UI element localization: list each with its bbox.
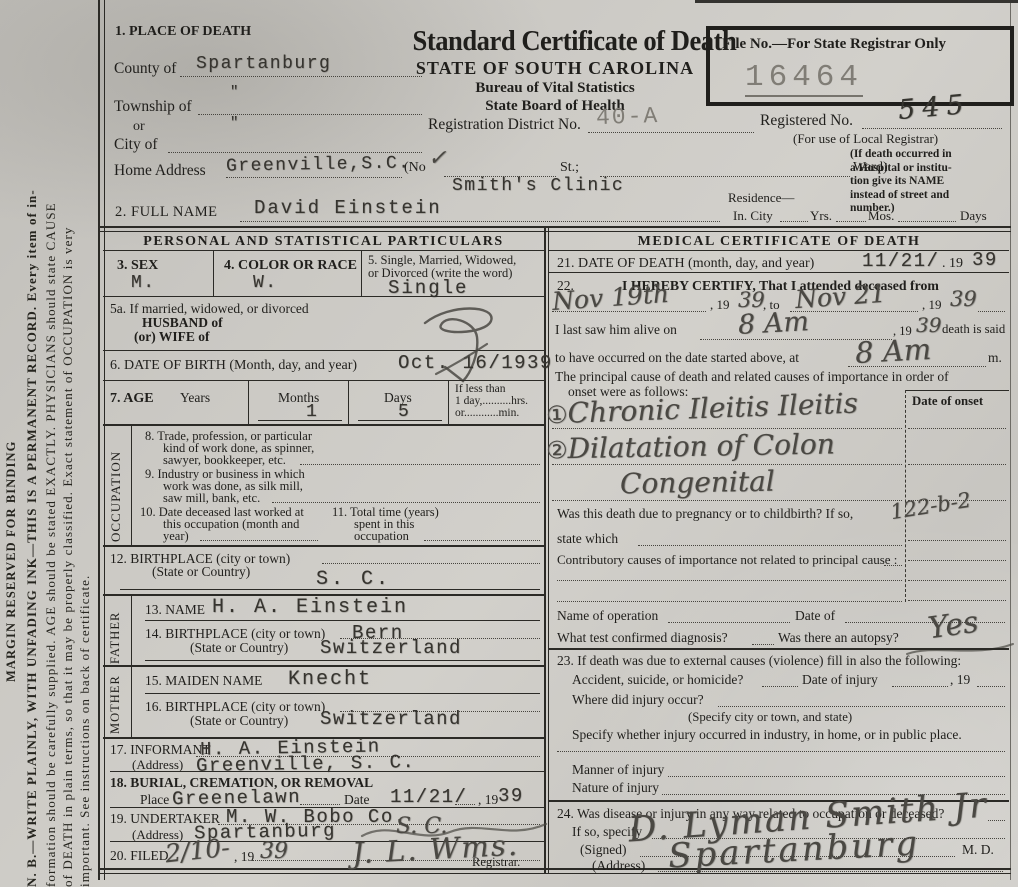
burial-date-leader [455, 804, 475, 805]
birthplace-sub-label: (State or Country) [152, 564, 250, 580]
city-ditto-mark: " [230, 115, 240, 131]
attended-to-year-label: , 19 [922, 297, 942, 313]
home-address-label: Home Address [114, 162, 206, 180]
dob-label: 6. DATE OF BIRTH (Month, day, and year) [110, 358, 357, 374]
sex-label: 3. SEX [117, 258, 158, 274]
margin-nb-line2: formation should be carefully supplied. … [43, 0, 60, 887]
test-leader [752, 644, 774, 645]
manner-injury-leader [668, 776, 1005, 777]
file-box-label: File No.—For State Registrar Only [722, 36, 946, 53]
cause-line2-hw: ②Dilatation of Colon [546, 427, 835, 465]
attended-from-leader [552, 311, 706, 312]
autopsy-label: Was there an autopsy? [778, 630, 899, 646]
accident-leader [762, 686, 798, 687]
reg-district-leader [588, 132, 754, 133]
form-left-border-inner [104, 0, 105, 880]
md-label: M. D. [962, 842, 994, 858]
bureau-title: Bureau of Vital Statistics [405, 80, 705, 97]
age-months-value: 1 [306, 402, 318, 422]
informant-address-value: Greenville, S. C. [196, 751, 416, 777]
occurred-label: to have occurred on the date started abo… [555, 350, 799, 366]
occurred-m-label: m. [988, 350, 1002, 366]
specify-place-leader [557, 751, 1005, 752]
death-said-label: death is said [942, 322, 1005, 337]
form-left-border-outer [98, 0, 100, 880]
birthplace-leader [322, 563, 540, 564]
residence-mos-leader [898, 221, 956, 222]
pregnancy-code-hw: 122-b-2 [889, 488, 973, 524]
margin-nb-line1: N. B.—WRITE PLAINLY, WITH UNFADING INK—T… [24, 0, 42, 887]
contributory-line2-leader [557, 580, 902, 581]
filed-year-label: , 19 [234, 849, 254, 865]
occurred-time-hw: 8 Am [854, 332, 932, 370]
mother-maiden-label: 15. MAIDEN NAME [145, 673, 262, 689]
or-label: or [133, 119, 145, 135]
race-value: W. [253, 273, 278, 293]
mother-maiden-value: Knecht [288, 668, 372, 691]
cause-line3-leader [552, 500, 902, 501]
date-of-death-year-value: 39 [972, 249, 998, 271]
home-check-mark: ✓ [428, 146, 446, 171]
residence-yrs-label: Yrs. [810, 208, 832, 224]
operation-leader [668, 622, 790, 623]
residence-yrs-leader [836, 221, 866, 222]
left-section-title: PERSONAL AND STATISTICAL PARTICULARS [103, 234, 544, 250]
principal-cause-line1: The principal cause of death and related… [555, 369, 949, 385]
county-label: County of [114, 60, 176, 78]
margin-nb-line3: of DEATH in plain terms, so that it may … [60, 0, 77, 887]
home-address-value: Greenville,S.C. [226, 153, 411, 176]
registrar-label: Registrar. [472, 855, 520, 870]
birthplace-value: S. C. [316, 568, 391, 591]
reg-district-value: 40-A [596, 103, 660, 131]
contributory-label: Contributory causes of importance not re… [557, 552, 897, 568]
item5a-wife: (or) WIFE of [134, 329, 210, 345]
township-ditto-mark: " [230, 84, 240, 100]
father-side-label: FATHER [108, 600, 124, 664]
injury-year-leader [977, 686, 1005, 687]
registered-no-leader [862, 128, 1002, 129]
form-bottom-rule-inner [99, 873, 1011, 874]
operation-date-label: Date of [795, 608, 835, 624]
file-number-value: 16464 [745, 60, 863, 97]
race-label: 4. COLOR OR RACE [224, 258, 357, 274]
injury-date-leader [892, 686, 948, 687]
father-name-value: H. A. Einstein [212, 596, 408, 619]
date-of-death-year-label: . 19 [942, 256, 963, 272]
reg-district-label: Registration District No. [428, 116, 581, 134]
certify-line: I HEREBY CERTIFY, That I attended deceas… [622, 278, 939, 294]
date-of-death-value: 11/21/ [862, 250, 939, 272]
onset-column-label: Date of onset [912, 394, 983, 409]
last-saw-hw: 8 Am [737, 306, 809, 341]
age-label: 7. AGE [110, 391, 154, 407]
accident-label: Accident, suicide, or homicide? [572, 672, 743, 688]
place-of-death-label: 1. PLACE OF DEATH [115, 24, 251, 40]
street-leader [600, 176, 850, 177]
injury-19-label: , 19 [950, 672, 970, 688]
form-bottom-rule-outer [99, 868, 1011, 870]
item11-leader [424, 540, 540, 541]
residence-label: Residence— [728, 190, 794, 206]
burial-year-value: 39 [498, 785, 524, 807]
item8-line3: sawyer, bookkeeper, etc. [163, 453, 286, 468]
mother-side-label: MOTHER [108, 672, 124, 734]
where-injury-leader [718, 706, 1005, 707]
specify-city-label: (Specify city or town, and state) [688, 710, 852, 725]
age-less-line2: 1 day,..........hrs. [455, 395, 528, 407]
nature-injury-label: Nature of injury [572, 780, 659, 796]
last-saw-label: I last saw him alive on [555, 322, 677, 338]
contributory-leader [884, 565, 902, 566]
mother-birthplace-value: Switzerland [320, 708, 462, 730]
death-certificate-scan: MARGIN RESERVED FOR BINDING N. B.—WRITE … [0, 0, 1018, 887]
house-no-label: (No [404, 160, 426, 176]
margin-binding-note: MARGIN RESERVED FOR BINDING [4, 382, 20, 682]
father-birthplace-value: Switzerland [320, 637, 462, 659]
age-days-value: 5 [398, 402, 410, 422]
city-label: City of [114, 136, 158, 154]
local-registrar-note: (For use of Local Registrar) [793, 131, 938, 147]
manner-injury-label: Manner of injury [572, 762, 664, 778]
certificate-title: Standard Certificate of Death [413, 26, 698, 58]
pregnancy-label: Was this death due to pregnancy or to ch… [557, 506, 853, 522]
signed-label: (Signed) [580, 842, 627, 858]
registered-no-value: 545 [897, 89, 972, 126]
attended-year-leader [978, 311, 1005, 312]
street-label: St.; [560, 160, 579, 176]
home-address-leader [226, 177, 402, 178]
test-label: What test confirmed diagnosis? [557, 630, 728, 646]
physician-address-label: (Address) [592, 858, 645, 874]
cause-number-2: ② [546, 436, 568, 464]
full-name-label: 2. FULL NAME [115, 204, 218, 221]
handwritten-strike [432, 340, 492, 380]
operation-date-leader [845, 622, 1005, 623]
hospital-note: (If death occurred in a Hospital or inst… [850, 148, 1012, 216]
sex-value: M. [131, 273, 156, 293]
item10-leader [200, 540, 318, 541]
filed-date-hw: 2/10- [164, 833, 231, 869]
age-less-line1: If less than [455, 383, 505, 395]
item9-line3: saw mill, bank, etc. [163, 491, 260, 506]
item23-head: 23. If death was due to external causes … [557, 653, 961, 669]
specify-place-label: Specify whether injury occurred in indus… [572, 727, 962, 743]
state-which-leader [638, 545, 902, 546]
age-years-label: Years [180, 390, 210, 406]
right-section-title: MEDICAL CERTIFICATE OF DEATH [549, 234, 1009, 250]
full-name-value: David Einstein [254, 197, 442, 219]
date-of-death-label: 21. DATE OF DEATH (month, day, and year) [557, 256, 814, 272]
residence-city-leader [780, 221, 808, 222]
attended-to-leader [790, 311, 918, 312]
burial-year-label: , 19 [478, 792, 498, 808]
county-value: Spartanburg [196, 54, 331, 74]
full-name-leader [240, 221, 720, 222]
header-bottom-rule-inner [99, 231, 1011, 232]
page-top-edge [695, 0, 1018, 3]
father-name-label: 13. NAME [145, 602, 205, 618]
county-leader [180, 76, 422, 77]
cause-number-1: ① [546, 401, 568, 430]
item10-line3: year) [163, 529, 189, 544]
clinic-name-value: Smith's Clinic [452, 176, 624, 196]
mother-birthplace-sub-label: (State or Country) [190, 713, 288, 729]
where-injury-label: Where did injury occur? [572, 692, 704, 708]
township-label: Township of [114, 98, 192, 116]
state-title: STATE OF SOUTH CAROLINA [405, 58, 705, 79]
age-less-line3: or............min. [455, 407, 519, 419]
attended-from-year-label: , 19 [710, 297, 730, 313]
cause-line3-hw: Congenital [620, 465, 775, 501]
header-bottom-rule-outer [99, 226, 1011, 228]
state-which-label: state which [557, 531, 618, 547]
registered-no-label: Registered No. [760, 112, 853, 130]
father-birthplace-sub-label: (State or Country) [190, 640, 288, 656]
item24-leader [988, 820, 1005, 821]
operation-label: Name of operation [557, 608, 658, 624]
injury-date-label: Date of injury [802, 672, 878, 688]
burial-place-leader [300, 804, 340, 805]
filed-label: 20. FILED [110, 848, 169, 864]
column-divider-inner [548, 228, 549, 873]
form-right-border [1010, 0, 1011, 880]
burial-place-label: Place [140, 792, 169, 808]
onset-column-divider [905, 390, 906, 602]
item9-leader [272, 502, 540, 503]
occupation-side-label: OCCUPATION [108, 430, 124, 542]
attended-to-year-hw: 39 [950, 287, 977, 311]
item8-leader [300, 464, 540, 465]
board-title: State Board of Health [405, 98, 705, 115]
item11-line3: occupation [354, 529, 409, 544]
contributory-line3-leader [557, 601, 902, 602]
margin-nb-line4: important. See instructions on back of c… [77, 0, 94, 887]
residence-in-city-label: In. City [733, 208, 773, 224]
